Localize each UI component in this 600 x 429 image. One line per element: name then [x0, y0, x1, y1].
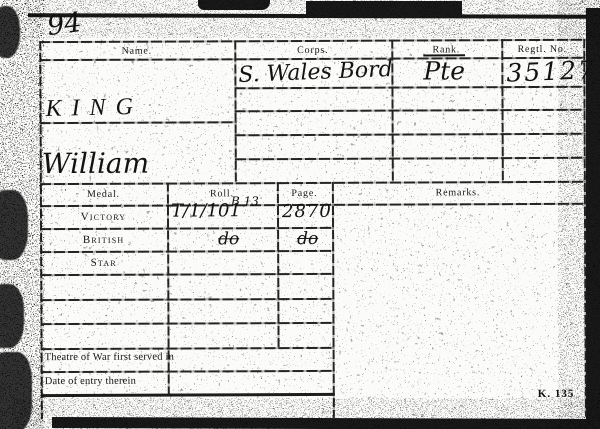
theatre-of-war-label: Theatre of War first served in — [45, 352, 174, 364]
victory-row-rule — [40, 227, 334, 230]
corps-value-handwriting: S. Wales Bord — [238, 59, 393, 87]
roll-column-header: Roll. — [167, 188, 277, 199]
medal-row-star-label: Star — [40, 257, 167, 270]
rank-column-header: Rank. — [391, 44, 501, 55]
medal-index-card-scan: Name. Corps. Rank. Regtl. No. Medal. Rol… — [0, 0, 600, 429]
surname-underline-rule — [40, 121, 237, 124]
medal-row-victory-label: Victory — [40, 211, 167, 224]
date-of-entry-label: Date of entry therein — [45, 376, 136, 387]
remarks-column-header: Remarks. — [332, 187, 584, 199]
corps-row-rule-2 — [235, 109, 586, 113]
forename-handwriting: William — [42, 150, 149, 178]
card-surface: Name. Corps. Rank. Regtl. No. Medal. Rol… — [0, 0, 600, 429]
star-row-rule — [40, 273, 334, 276]
medal-roll-divider-rule — [167, 183, 170, 395]
corps-column-header: Corps. — [234, 45, 391, 57]
header-top-rule — [39, 39, 585, 43]
victory-roll-note-handwriting: B 13 — [231, 195, 259, 207]
british-page-ditto-handwriting: do — [297, 231, 318, 248]
corner-number-handwriting: 94 — [46, 9, 83, 40]
regtl-no-value-handwriting: 35127 — [506, 57, 596, 85]
rank-value-handwriting: Pte — [423, 58, 465, 83]
page-column-header: Page. — [277, 188, 332, 199]
medal-column-header: Medal. — [40, 189, 167, 201]
british-roll-ditto-handwriting: do — [218, 231, 239, 248]
name-column-header: Name. — [39, 45, 234, 57]
regtl-no-column-header: Regtl. No. — [501, 44, 583, 55]
date-row-bottom-rule — [41, 393, 335, 397]
surname-handwriting: KING — [45, 95, 143, 121]
british-row-rule — [40, 250, 334, 253]
victory-page-value-handwriting: 2870 — [282, 203, 332, 221]
medal-table-top-rule — [40, 181, 586, 185]
card-ref-code: K. 135 — [538, 388, 575, 400]
corps-row-rule-4 — [235, 157, 586, 161]
theatre-date-divider-rule — [41, 370, 335, 373]
corps-row-rule-3 — [235, 133, 586, 137]
blank-row-rule-1 — [40, 298, 334, 301]
medal-row-british-label: British — [40, 234, 167, 247]
blank-row-rule-2 — [40, 322, 334, 325]
card-right-edge-rule — [583, 39, 587, 417]
theatre-row-top-rule — [41, 347, 335, 350]
